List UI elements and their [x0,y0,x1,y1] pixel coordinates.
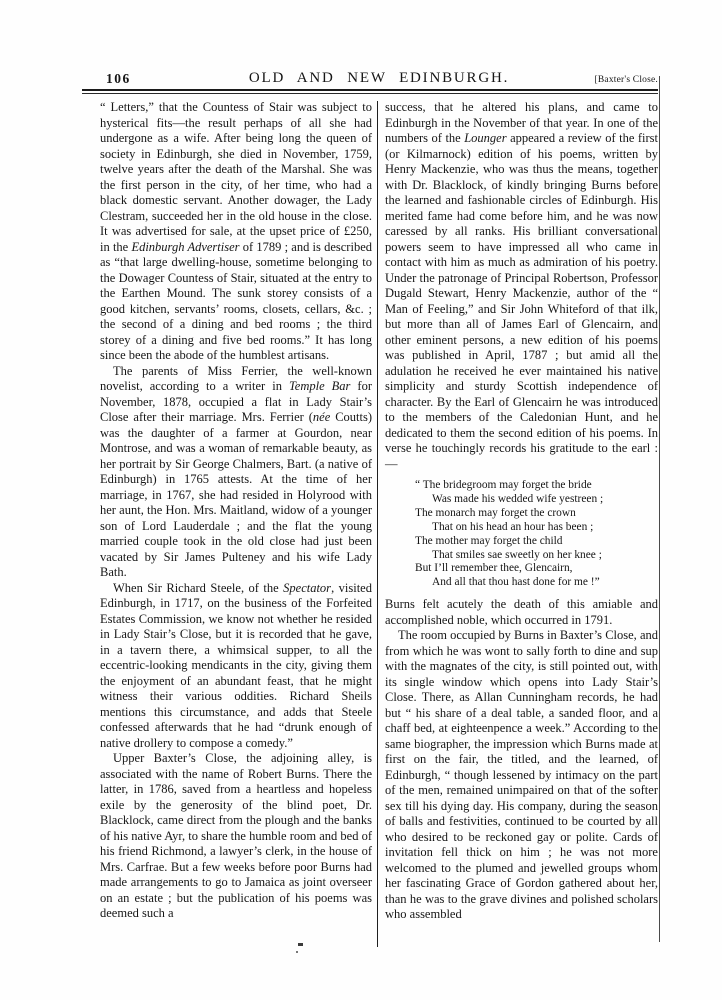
left-column: “ Letters,” that the Countess of Stair w… [100,100,372,923]
verse-line: The mother may forget the child [415,535,658,549]
verse-line: “ The bridegroom may forget the bride [415,479,658,493]
text-run: Burns felt acutely the death of this ami… [385,597,658,627]
paragraph: The parents of Miss Ferrier, the well-kn… [100,364,372,581]
verse-line: That on his head an hour has been ; [415,521,658,535]
text-run: When Sir Richard Steele, of the [113,581,283,595]
ink-speck [296,951,298,953]
italic-text-run: Temple Bar [289,379,350,393]
paragraph: Upper Baxter’s Close, the adjoining alle… [100,751,372,922]
verse-line: And all that thou hast done for me !” [415,576,658,590]
columns-container: “ Letters,” that the Countess of Stair w… [100,100,658,923]
text-run: Upper Baxter’s Close, the adjoining alle… [100,751,372,920]
ink-speck [298,943,303,946]
paragraph: The room occupied by Burns in Baxter’s C… [385,628,658,923]
paragraph: Burns felt acutely the death of this ami… [385,597,658,628]
paragraph: “ Letters,” that the Countess of Stair w… [100,100,372,364]
column-divider-rule [377,101,378,947]
right-column: success, that he altered his plans, and … [385,100,658,923]
header-section-note: [Baxter's Close. [595,75,658,85]
verse-line: But I’ll remember thee, Glencairn, [415,562,658,576]
italic-text-run: Edinburgh Advertiser [131,240,239,254]
verse-block: “ The bridegroom may forget the brideWas… [415,479,658,590]
text-run: appeared a review of the first (or Kilma… [385,131,658,471]
book-page-scan: 106 OLD AND NEW EDINBURGH. [Baxter's Clo… [0,0,722,1000]
header-rule [82,89,658,94]
text-run: of 1789 ; and is described as “that larg… [100,240,372,363]
verse-line: The monarch may forget the crown [415,507,658,521]
italic-text-run: Spectator [283,581,331,595]
verse-line: That smiles sae sweetly on her knee ; [415,549,658,563]
running-title: OLD AND NEW EDINBURGH. [100,70,658,87]
text-run: The room occupied by Burns in Baxter’s C… [385,628,658,921]
text-run: Coutts) was the daughter of a farmer at … [100,410,372,579]
paragraph: When Sir Richard Steele, of the Spectato… [100,581,372,752]
text-run: “ Letters,” that the Countess of Stair w… [100,100,372,254]
paragraph: success, that he altered his plans, and … [385,100,658,472]
italic-text-run: Lounger [464,131,506,145]
running-header: 106 OLD AND NEW EDINBURGH. [Baxter's Clo… [100,70,658,87]
page-edge-scan-line [659,76,660,942]
verse-line: Was made his wedded wife yestreen ; [415,493,658,507]
italic-text-run: née [313,410,330,424]
text-run: , visited Edinburgh, in 1717, on the bus… [100,581,372,750]
text-block: 106 OLD AND NEW EDINBURGH. [Baxter's Clo… [100,70,658,923]
